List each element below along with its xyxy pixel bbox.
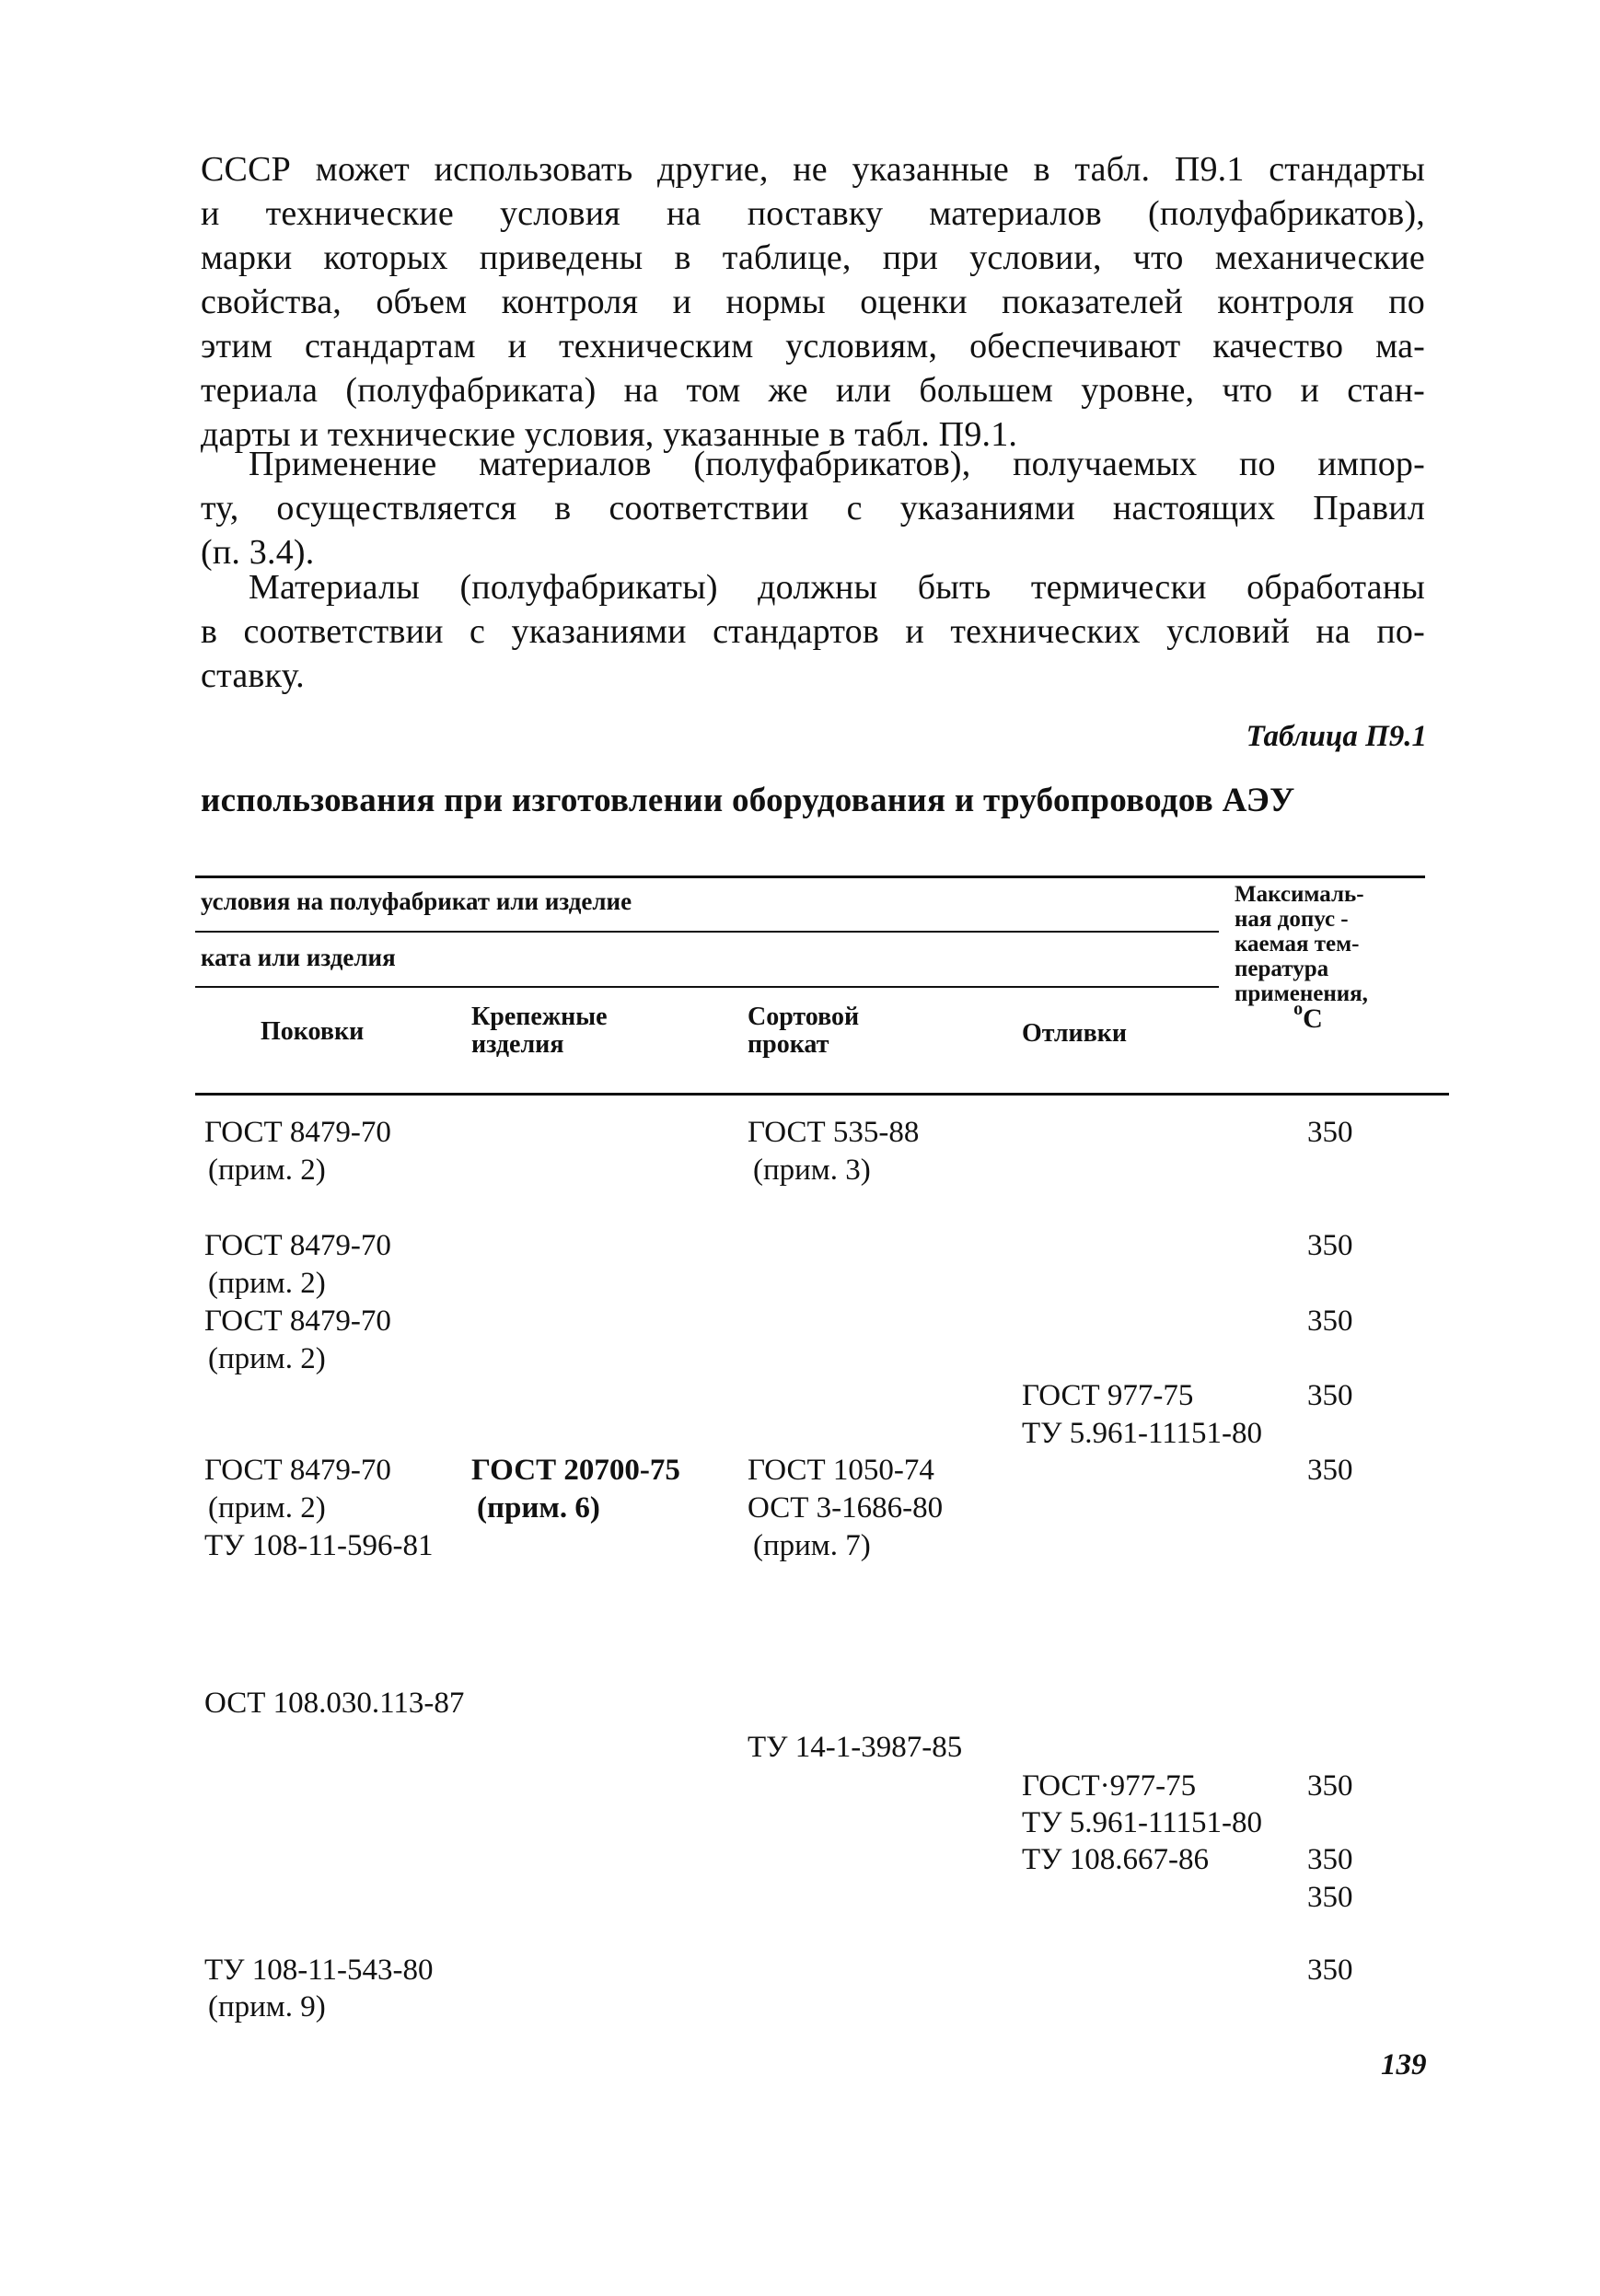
header-bottom-rule <box>195 1093 1449 1096</box>
header-group-rule-1 <box>195 931 1219 933</box>
text-line: Применение материалов (полуфабрикатов), … <box>201 442 1425 486</box>
table-cell-bar-stock: ТУ 14-1-3987-85 <box>748 1729 962 1766</box>
table-cell-castings: ГОСТ 977-75 <box>1022 1377 1193 1414</box>
table-cell-temperature: 350 <box>1307 1227 1353 1264</box>
page-number: 139 <box>1381 2048 1427 2082</box>
table-cell-forgings: ГОСТ 8479-70 <box>204 1227 391 1264</box>
table-cell-fasteners: ГОСТ 20700-75 <box>471 1452 680 1489</box>
temp-header-line: применения, <box>1235 981 1446 1006</box>
text-line: свойства, объем контроля и нормы оценки … <box>201 280 1425 324</box>
table-cell-temperature: 350 <box>1307 1452 1353 1489</box>
header-group-1: условия на полуфабрикат или изделие <box>201 887 632 915</box>
table-cell-bar-stock: ГОСТ 1050-74 <box>748 1452 934 1489</box>
temp-header-line: пература <box>1235 957 1446 981</box>
table-cell-forgings: ТУ 108-11-543-80 <box>204 1952 434 1989</box>
table-cell-castings: ТУ 5.961-11151-80 <box>1022 1415 1262 1452</box>
column-header-bar-stock-line1: Сортовой <box>748 1003 859 1031</box>
table-cell-temperature: 350 <box>1307 1768 1353 1804</box>
table-cell-castings: ГОСТ·977-75 <box>1022 1768 1196 1804</box>
table-cell-forgings: ОСТ 108.030.113-87 <box>204 1685 464 1722</box>
temp-unit: oС <box>1235 1006 1446 1035</box>
text-line: этим стандартам и техническим условиям, … <box>201 324 1425 368</box>
table-cell-temperature: 350 <box>1307 1377 1353 1414</box>
paragraph-2: Применение материалов (полуфабрикатов), … <box>201 442 1425 574</box>
text-line: ставку. <box>201 654 1425 698</box>
header-group-2: ката или изделия <box>201 944 396 971</box>
column-header-forgings: Поковки <box>261 1018 364 1046</box>
table-cell-temperature: 350 <box>1307 1841 1353 1878</box>
text-line: СССР может использовать другие, не указа… <box>201 147 1425 191</box>
table-cell-castings: ТУ 108.667-86 <box>1022 1841 1209 1878</box>
celsius-letter: С <box>1303 1003 1323 1034</box>
table-cell-fasteners: (прим. 6) <box>477 1490 600 1526</box>
text-line: в соответствии с указаниями стандартов и… <box>201 609 1425 654</box>
table-cell-temperature: 350 <box>1307 1952 1353 1989</box>
table-cell-temperature: 350 <box>1307 1879 1353 1916</box>
table-cell-bar-stock: (прим. 3) <box>753 1152 871 1189</box>
table-cell-castings: ТУ 5.961-11151-80 <box>1022 1804 1262 1841</box>
table-cell-forgings: (прим. 2) <box>208 1340 326 1377</box>
table-cell-bar-stock: ГОСТ 535-88 <box>748 1114 919 1151</box>
header-group-rule-2 <box>195 986 1219 988</box>
table-cell-forgings: ГОСТ 8479-70 <box>204 1114 391 1151</box>
text-line: и технические условия на поставку матери… <box>201 191 1425 236</box>
paragraph-3: Материалы (полуфабрикаты) должны быть те… <box>201 565 1425 698</box>
table-cell-forgings: (прим. 2) <box>208 1490 326 1526</box>
table-label: Таблица П9.1 <box>1246 720 1427 754</box>
table-cell-forgings: (прим. 2) <box>208 1152 326 1189</box>
table-cell-temperature: 350 <box>1307 1114 1353 1151</box>
text-line: марки которых приведены в таблице, при у… <box>201 236 1425 280</box>
paragraph-1: СССР может использовать другие, не указа… <box>201 147 1425 457</box>
table-cell-forgings: ГОСТ 8479-70 <box>204 1303 391 1339</box>
text-line: ту, осуществляется в соответствии с указ… <box>201 486 1425 530</box>
temp-header-line: Максималь- <box>1235 882 1446 907</box>
column-header-fasteners-line2: изделия <box>471 1031 563 1059</box>
table-cell-bar-stock: (прим. 7) <box>753 1527 871 1564</box>
text-line: териала (полуфабриката) на том же или бо… <box>201 368 1425 412</box>
temp-header-line: ная допус - <box>1235 907 1446 932</box>
table-cell-forgings: ГОСТ 8479-70 <box>204 1452 391 1489</box>
column-header-castings: Отливки <box>1022 1020 1127 1048</box>
column-header-fasteners-line1: Крепежные <box>471 1003 608 1031</box>
column-header-temperature: Максималь- ная допус - каемая тем- перат… <box>1235 882 1446 1035</box>
temp-header-line: каемая тем- <box>1235 932 1446 957</box>
table-cell-forgings: (прим. 9) <box>208 1989 326 2025</box>
table-cell-temperature: 350 <box>1307 1303 1353 1339</box>
table-title: использования при изготовлении оборудова… <box>201 781 1295 820</box>
table-top-rule <box>195 875 1425 878</box>
column-header-bar-stock-line2: прокат <box>748 1031 829 1059</box>
table-cell-bar-stock: ОСТ 3-1686-80 <box>748 1490 943 1526</box>
document-page: СССР может использовать другие, не указа… <box>0 0 1600 2296</box>
table-cell-forgings: (прим. 2) <box>208 1265 326 1302</box>
table-cell-forgings: ТУ 108-11-596-81 <box>204 1527 434 1564</box>
text-line: Материалы (полуфабрикаты) должны быть те… <box>201 565 1425 609</box>
degree-symbol: o <box>1293 999 1303 1019</box>
